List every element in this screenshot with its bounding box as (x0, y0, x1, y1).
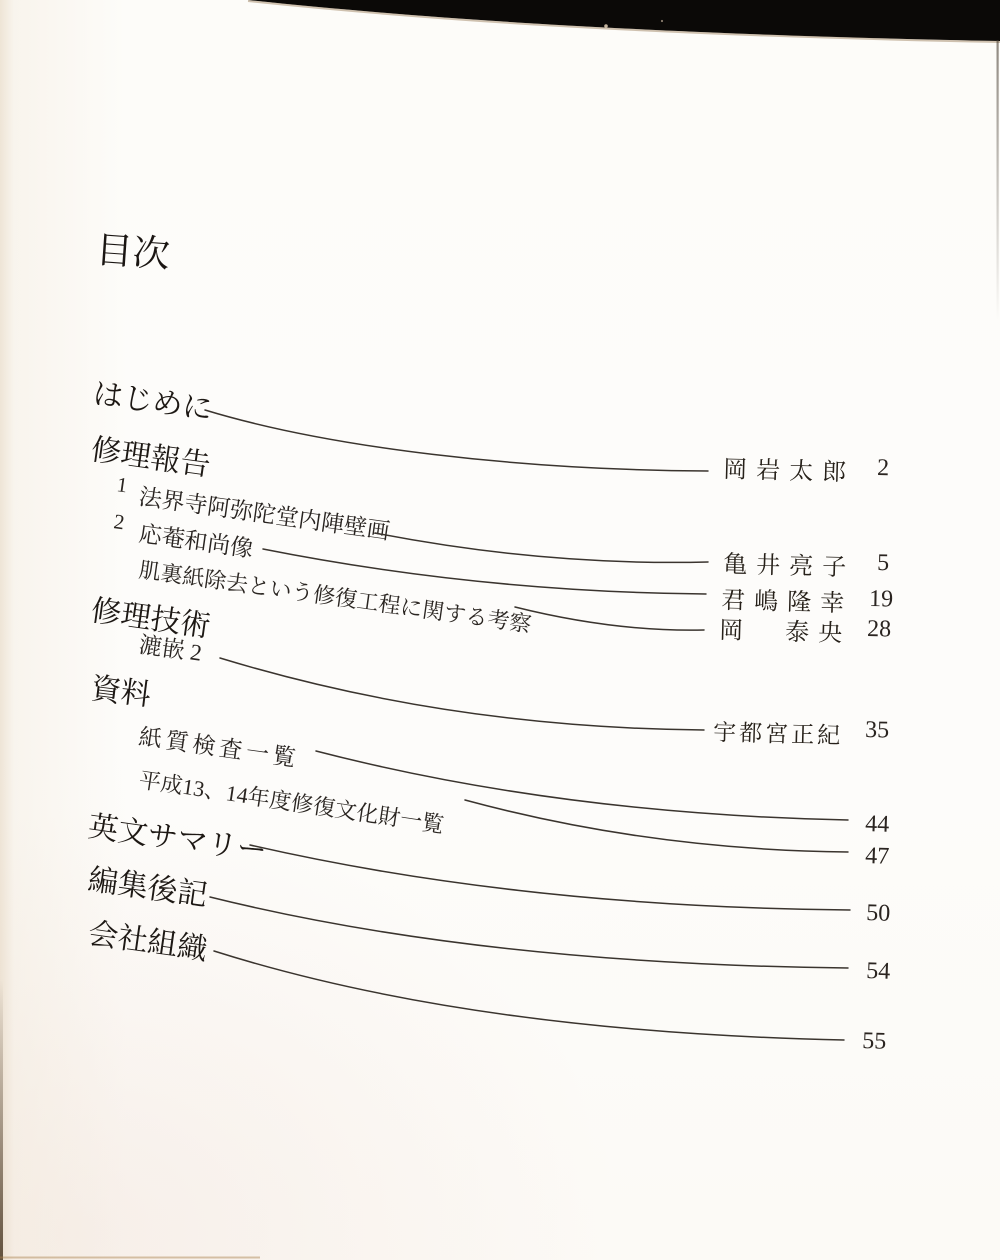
toc-entry-label: 紙質検査一覧 (137, 724, 301, 771)
toc-entry-number: 2 (112, 509, 126, 534)
toc-entry: 会社組織 55 (86, 917, 887, 1055)
toc-entry-page: 2 (877, 455, 889, 481)
toc-page-canvas: 目次 はじめに 岡岩太郎 2 修理報告 1 法界寺阿弥陀堂内陣壁画 亀井亮子 5… (0, 0, 1000, 1260)
toc-entry-page: 19 (869, 586, 893, 612)
toc-entry-page: 35 (865, 717, 889, 743)
toc-entry-author: 君嶋隆幸 (721, 587, 854, 617)
toc-entry: 漉嵌 2 宇都宮正紀 35 (137, 632, 889, 748)
toc-entry-author: 宇都宮正紀 (713, 720, 844, 748)
toc-entry: 英文サマリー 50 (86, 810, 891, 927)
toc-entry-label: 編集後記 (86, 863, 209, 912)
toc-entry-label: 応菴和尚像 (137, 521, 254, 562)
toc-section-heading: 修理報告 (89, 433, 212, 482)
right-page-edge (997, 40, 999, 320)
toc-entry-page: 44 (865, 811, 890, 838)
toc-entry-page: 5 (877, 550, 889, 576)
leader-line (220, 658, 704, 730)
leader-line (250, 845, 850, 910)
leader-line (214, 951, 844, 1040)
page-title: 目次 (94, 229, 171, 276)
leader-line (205, 410, 708, 471)
leader-line (515, 607, 704, 630)
top-shadow-band (248, 0, 1000, 41)
toc-entry-label: はじめに (91, 377, 214, 426)
toc-entry: 編集後記 54 (86, 863, 891, 985)
book-page-photo: 目次 はじめに 岡岩太郎 2 修理報告 1 法界寺阿弥陀堂内陣壁画 亀井亮子 5… (0, 0, 1000, 1260)
toc-entry: はじめに 岡岩太郎 2 (91, 377, 889, 486)
toc-entry-author: 岡岩太郎 (723, 456, 856, 486)
leader-line (375, 533, 708, 562)
toc-entry-page: 50 (866, 900, 891, 927)
dust-speck (604, 24, 608, 28)
toc-entry-page: 28 (867, 616, 891, 642)
toc-entry-author: 岡 泰央 (719, 617, 852, 647)
left-page-edge (0, 980, 3, 1260)
toc-entry-label: 英文サマリー (86, 810, 269, 868)
toc-entry: 1 法界寺阿弥陀堂内陣壁画 亀井亮子 5 (115, 472, 889, 581)
toc-entry-page: 54 (866, 958, 891, 985)
toc-entry-label: 会社組織 (86, 917, 209, 966)
toc-section-heading: 資料 (89, 672, 153, 712)
toc-entry-author: 亀井亮子 (723, 551, 856, 581)
toc-entry-number: 1 (115, 472, 129, 497)
bottom-page-edge (0, 1257, 260, 1259)
dust-speck (661, 20, 663, 22)
toc-entry-page: 47 (865, 843, 890, 870)
toc-entry-page: 55 (862, 1028, 887, 1055)
leader-line (465, 800, 848, 852)
